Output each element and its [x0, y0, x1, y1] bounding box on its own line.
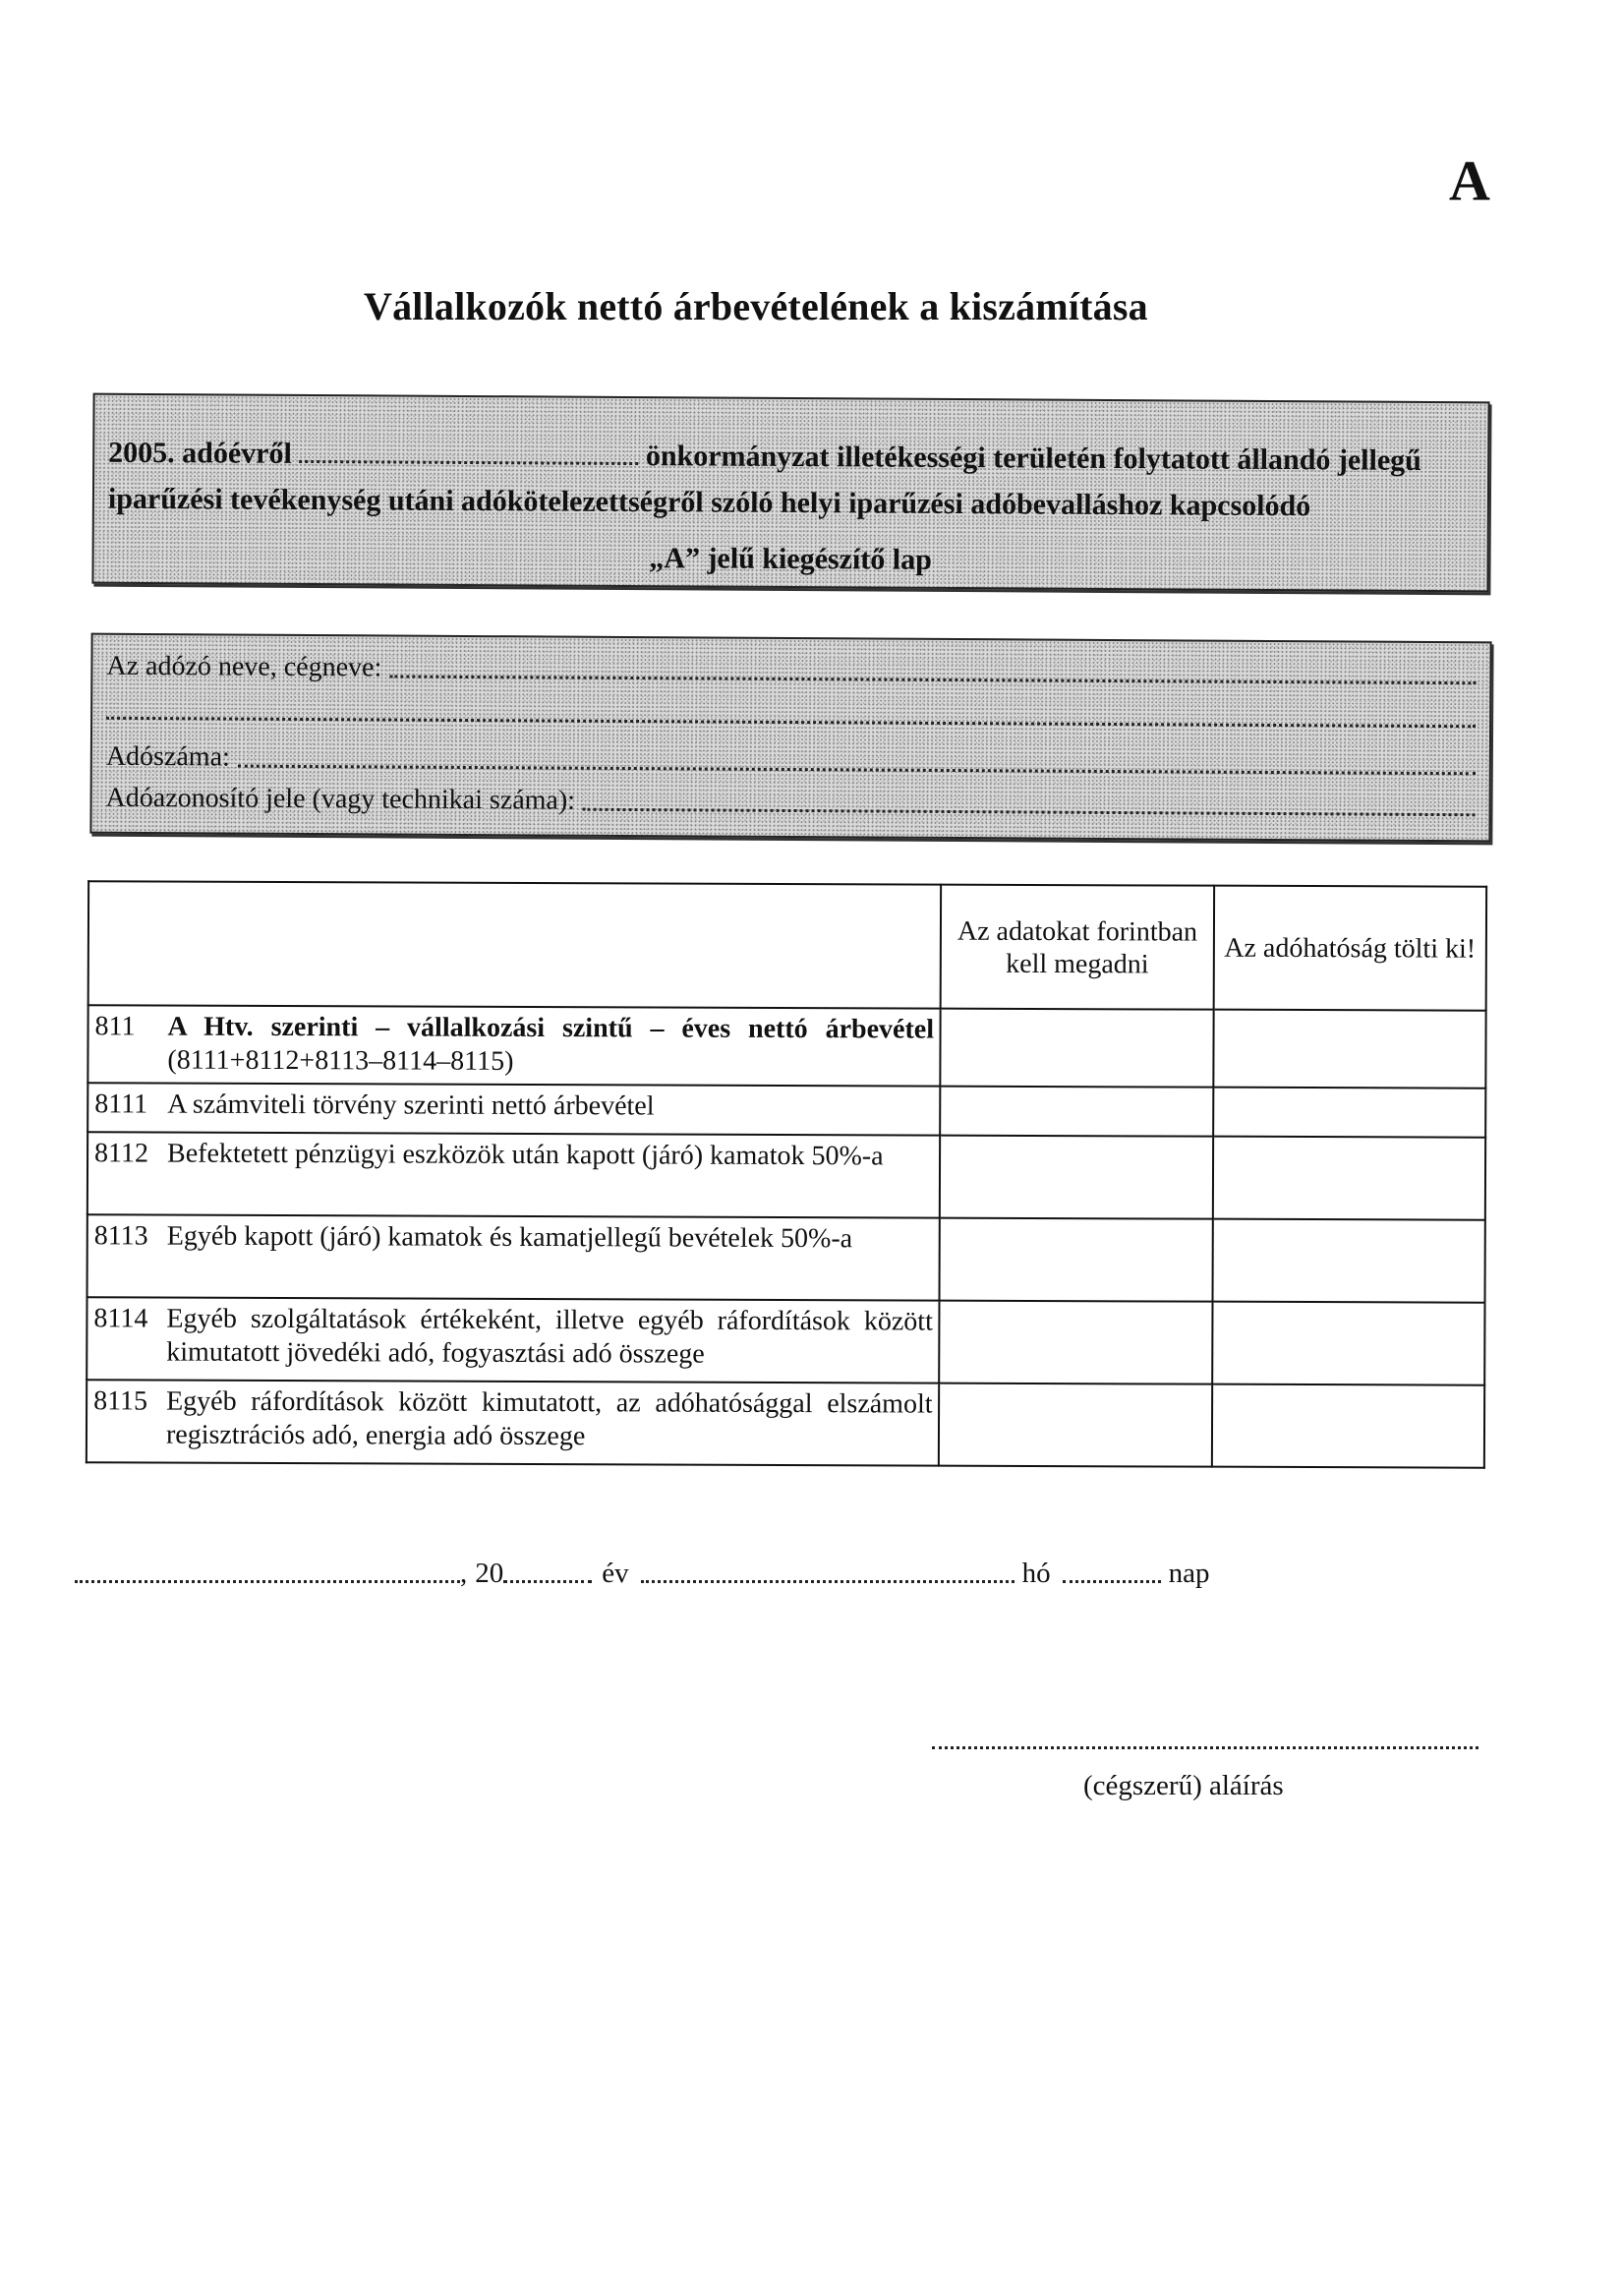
- row-description: 8112 Befektetett pénzügyi eszközök után …: [87, 1132, 941, 1217]
- row-description: 8114 Egyéb szolgáltatások értékeként, il…: [87, 1297, 940, 1383]
- tax-number-row: Adószáma:: [106, 741, 1476, 782]
- declaration-line-1-suffix: önkormányzat illetékességi területén fol…: [646, 440, 1421, 477]
- row-authority-field[interactable]: [1212, 1384, 1485, 1468]
- revenue-table: Az adatokat forintban kell megadni Az ad…: [86, 880, 1487, 1469]
- row-amount-field[interactable]: [940, 1301, 1213, 1384]
- row-description: 8115 Egyéb ráfordítások között kimutatot…: [87, 1380, 940, 1465]
- row-amount-field[interactable]: [940, 1218, 1213, 1302]
- table-row: 8111 A számviteli törvény szerinti nettó…: [87, 1083, 1485, 1137]
- declaration-year-text: 2005. adóévről: [108, 437, 292, 470]
- table-header-row: Az adatokat forintban kell megadni Az ad…: [88, 881, 1486, 1010]
- row-text-body: Befektetett pénzügyi eszközök után kapot…: [167, 1139, 884, 1172]
- row-code: 8114: [93, 1302, 166, 1368]
- tax-number-label: Adószáma:: [106, 741, 230, 774]
- row-text: Befektetett pénzügyi eszközök után kapot…: [167, 1138, 934, 1174]
- taxpayer-name-row: Az adózó neve, cégneve:: [106, 651, 1476, 691]
- table-row: 811 A Htv. szerinti – vállalkozási szint…: [87, 1005, 1485, 1089]
- declaration-box: 2005. adóévről önkormányzat illetékesség…: [91, 393, 1489, 593]
- row-amount-field[interactable]: [941, 1009, 1214, 1088]
- row-title-bold: A Htv. szerinti – vállalkozási szintű – …: [168, 1012, 935, 1045]
- taxpayer-box: Az adózó neve, cégneve: Adószáma: Adóazo…: [89, 633, 1491, 843]
- row-text: A számviteli törvény szerinti nettó árbe…: [167, 1089, 934, 1125]
- page-title: Vállalkozók nettó árbevételének a kiszám…: [364, 283, 1148, 329]
- header-authority: Az adóhatóság tölti ki!: [1213, 886, 1486, 1011]
- row-text-body: Egyéb kapott (járó) kamatok és kamatjell…: [167, 1221, 853, 1255]
- row-amount-field[interactable]: [941, 1087, 1213, 1137]
- row-description: 8113 Egyéb kapott (járó) kamatok és kama…: [87, 1214, 941, 1300]
- declaration-line-2: iparűzési tevékenység utáni adókötelezet…: [108, 483, 1310, 523]
- tax-id-label: Adóazonosító jele (vagy technikai száma)…: [106, 783, 576, 817]
- signature-label: (cégszerű) aláírás: [1083, 1770, 1284, 1802]
- row-code: 8113: [94, 1219, 167, 1253]
- row-authority-field[interactable]: [1213, 1010, 1486, 1089]
- row-text: Egyéb kapott (járó) kamatok és kamatjell…: [167, 1220, 934, 1257]
- row-amount-field[interactable]: [940, 1136, 1213, 1219]
- row-authority-field[interactable]: [1212, 1219, 1485, 1303]
- table-row: 8113 Egyéb kapott (járó) kamatok és kama…: [87, 1214, 1485, 1302]
- form-letter-marker: A: [1449, 147, 1490, 213]
- month-label: hó: [1022, 1558, 1051, 1590]
- date-line: , 20 év hó nap: [75, 1558, 1210, 1590]
- row-code: 8112: [94, 1137, 167, 1170]
- row-description: 8111 A számviteli törvény szerinti nettó…: [87, 1083, 941, 1135]
- row-authority-field[interactable]: [1212, 1302, 1485, 1385]
- row-code: 8111: [94, 1088, 167, 1121]
- month-field[interactable]: [641, 1579, 1014, 1583]
- row-code: 8115: [93, 1384, 166, 1450]
- year-label: év: [602, 1558, 628, 1590]
- row-text: Egyéb ráfordítások között kimutatott, az…: [166, 1385, 933, 1454]
- taxpayer-name-field-line-2[interactable]: [106, 716, 1476, 729]
- row-text: A Htv. szerinti – vállalkozási szintű – …: [167, 1011, 934, 1080]
- municipality-field[interactable]: [299, 442, 638, 465]
- row-text-body: Egyéb szolgáltatások értékeként, illetve…: [166, 1304, 933, 1370]
- place-field[interactable]: [75, 1579, 460, 1583]
- day-field[interactable]: [1063, 1579, 1161, 1583]
- taxpayer-name-label: Az adózó neve, cégneve:: [106, 651, 381, 684]
- signature-field[interactable]: [932, 1746, 1478, 1749]
- header-amount: Az adatokat forintban kell megadni: [941, 885, 1214, 1010]
- header-description: [88, 881, 942, 1008]
- declaration-subtitle: „A” jelű kiegészítő lap: [93, 539, 1486, 581]
- tax-id-field[interactable]: [583, 807, 1476, 817]
- row-text-body: Egyéb ráfordítások között kimutatott, az…: [166, 1386, 933, 1451]
- taxpayer-name-field[interactable]: [389, 675, 1476, 685]
- row-authority-field[interactable]: [1213, 1088, 1486, 1138]
- year-field[interactable]: [503, 1579, 592, 1583]
- row-text-body: (8111+8112+8113–8114–8115): [167, 1044, 513, 1076]
- date-comma: ,: [460, 1558, 467, 1590]
- table-row: 8114 Egyéb szolgáltatások értékeként, il…: [87, 1297, 1484, 1384]
- row-code: 811: [94, 1010, 167, 1076]
- table-row: 8115 Egyéb ráfordítások között kimutatot…: [87, 1380, 1484, 1467]
- day-label: nap: [1169, 1558, 1210, 1590]
- declaration-line-1: 2005. adóévről önkormányzat illetékesség…: [108, 437, 1421, 478]
- tax-id-row: Adóazonosító jele (vagy technikai száma)…: [106, 783, 1476, 823]
- year-prefix: 20: [475, 1558, 503, 1590]
- row-description: 811 A Htv. szerinti – vállalkozási szint…: [87, 1005, 941, 1087]
- row-amount-field[interactable]: [939, 1383, 1212, 1467]
- tax-number-field[interactable]: [238, 764, 1476, 776]
- row-text-body: A számviteli törvény szerinti nettó árbe…: [167, 1089, 654, 1122]
- table-row: 8112 Befektetett pénzügyi eszközök után …: [87, 1132, 1485, 1219]
- row-authority-field[interactable]: [1212, 1137, 1485, 1220]
- row-text: Egyéb szolgáltatások értékeként, illetve…: [166, 1303, 933, 1372]
- taxpayer-name-row-2: [106, 692, 1476, 735]
